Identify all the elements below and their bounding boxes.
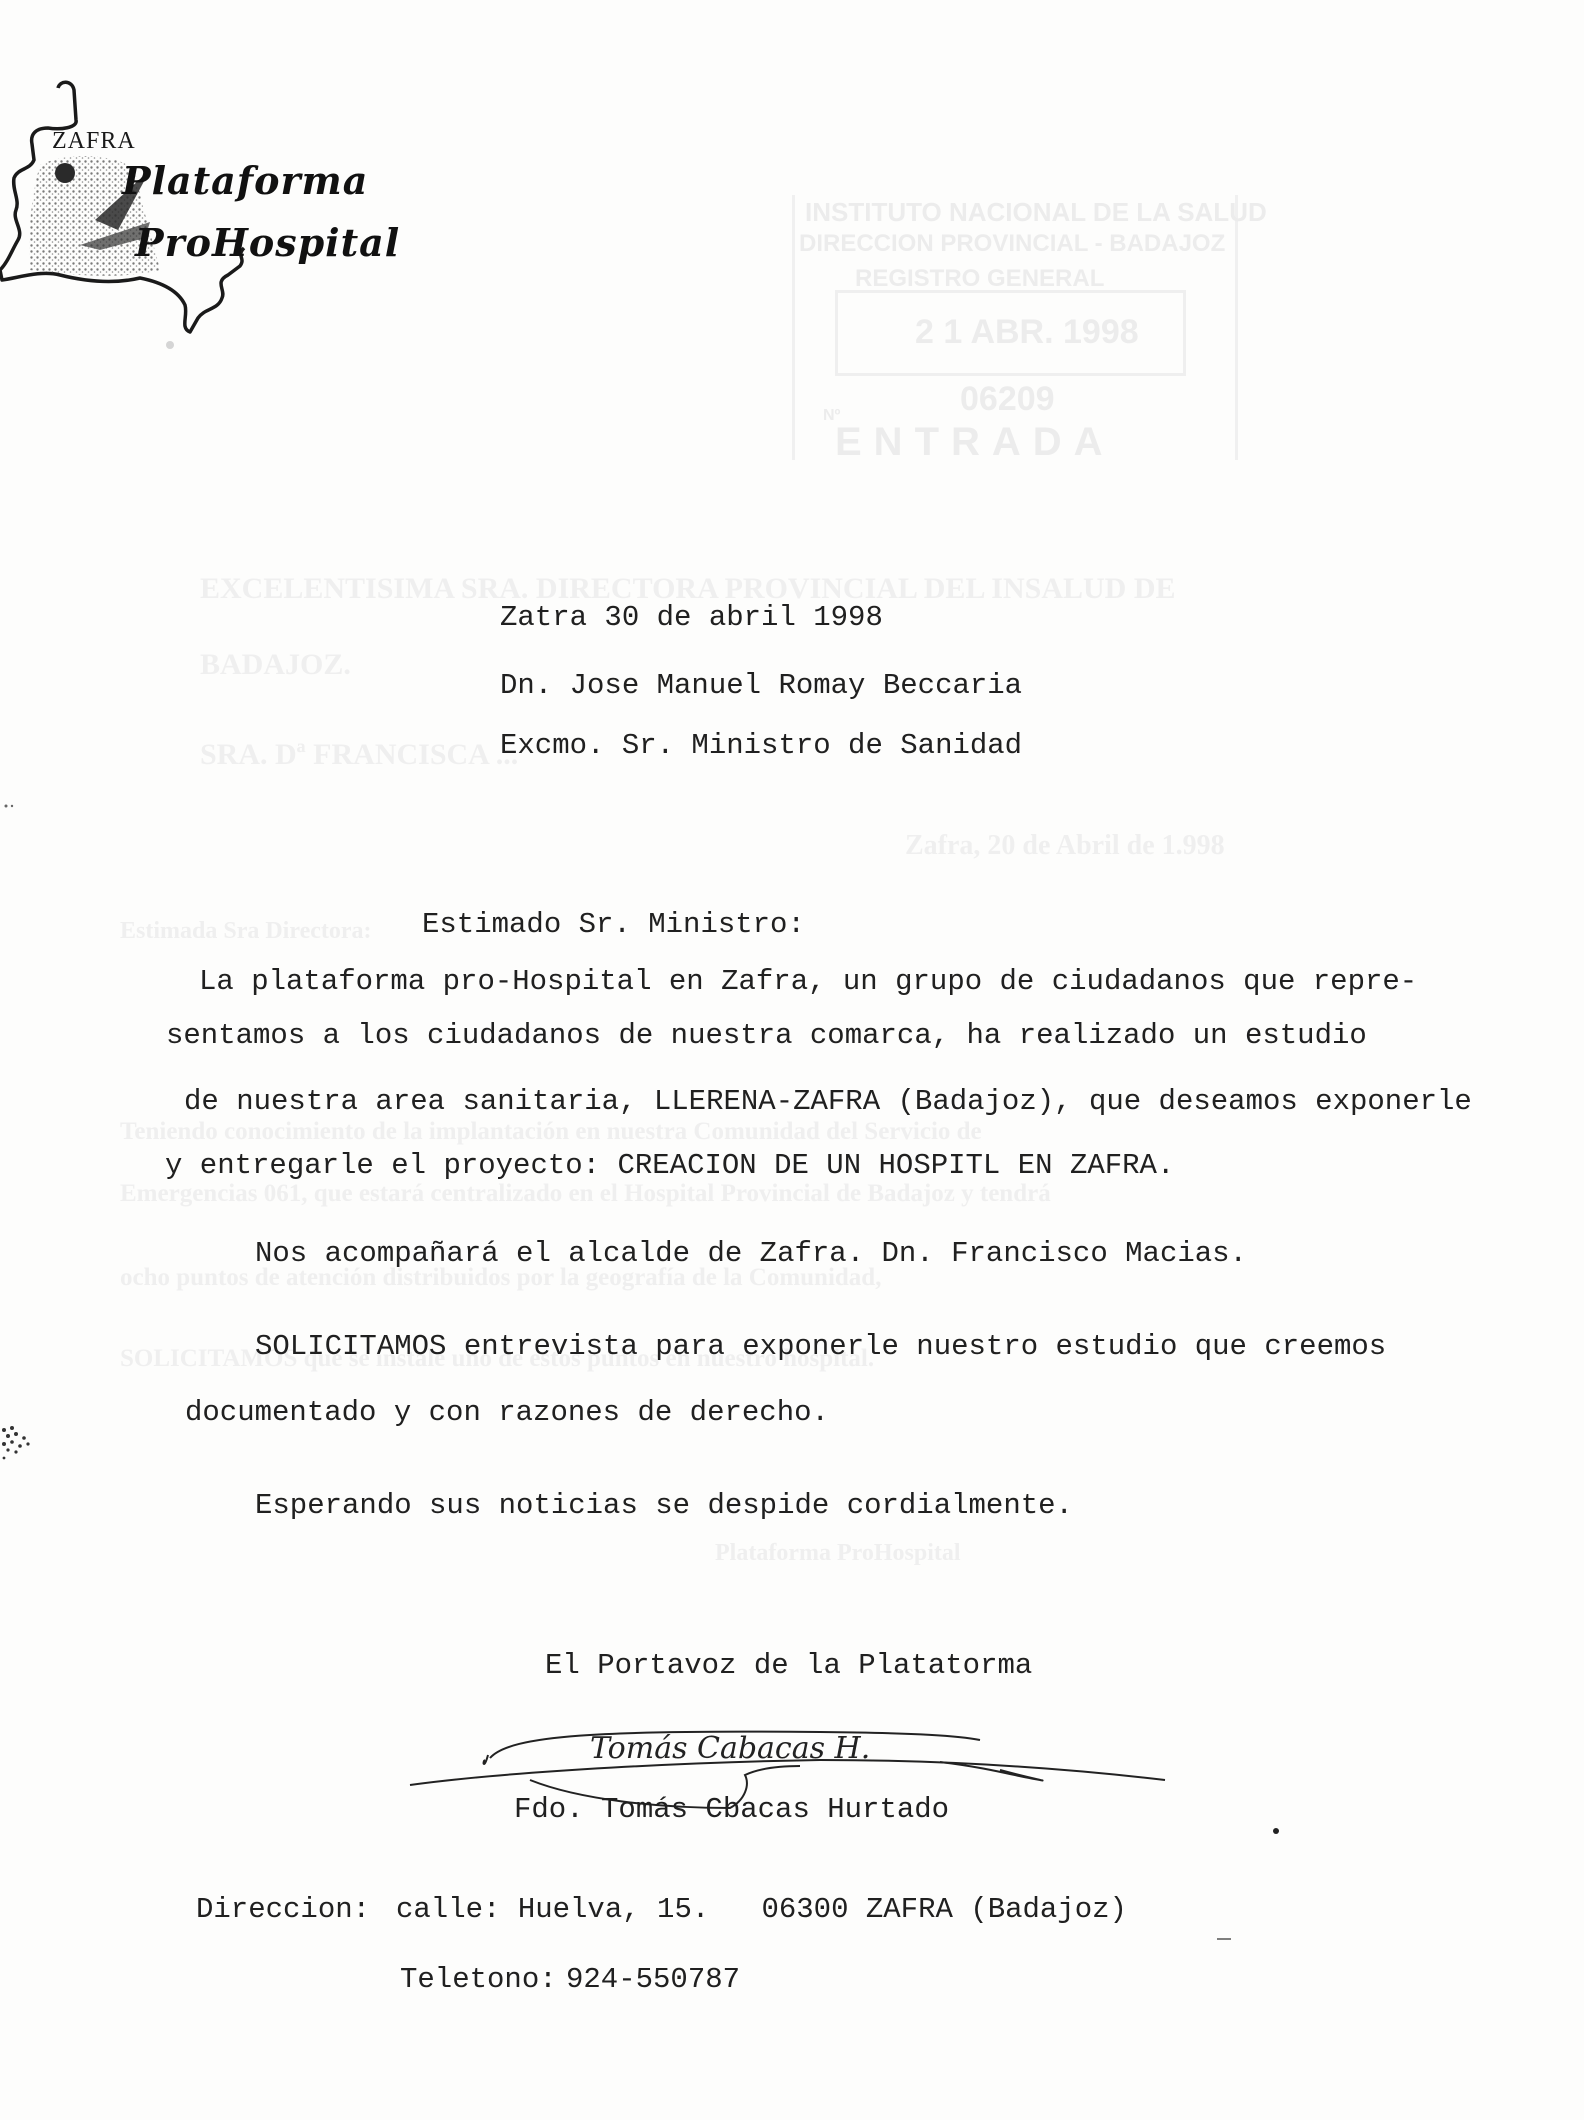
bleed-through-body1: Teniendo conocimiento de la implantación… bbox=[120, 1118, 982, 1146]
stamp-line3: REGISTRO GENERAL bbox=[855, 265, 1104, 293]
address-label: Direccion: bbox=[196, 1894, 370, 1926]
bleed-through-sign: Plataforma ProHospital bbox=[715, 1540, 961, 1567]
scan-artifact-dash bbox=[1215, 1935, 1235, 1943]
bleed-through-line3: SRA. Dª FRANCISCA ... bbox=[200, 738, 518, 772]
stamp-line1: INSTITUTO NACIONAL DE LA SALUD bbox=[805, 197, 1267, 228]
registry-stamp: INSTITUTO NACIONAL DE LA SALUD DIRECCION… bbox=[792, 195, 1238, 460]
paragraph1-line3: de nuestra area sanitaria, LLERENA-ZAFRA… bbox=[184, 1086, 1472, 1118]
bleed-through-body2: Emergencias 061, que estará centralizado… bbox=[120, 1180, 1051, 1208]
letter-closing: Esperando sus noticias se despide cordia… bbox=[255, 1490, 1073, 1522]
paragraph1-line2: sentamos a los ciudadanos de nuestra com… bbox=[166, 1020, 1367, 1052]
address-value: calle: Huelva, 15. 06300 ZAFRA (Badajoz) bbox=[396, 1894, 1127, 1926]
stamp-date: 2 1 ABR. 1998 bbox=[915, 313, 1139, 352]
paragraph3-line1: SOLICITAMOS entrevista para exponerle nu… bbox=[255, 1331, 1386, 1363]
signed-by: Fdo. Tomás Cbacas Hurtado bbox=[514, 1794, 949, 1826]
letterhead-logo: ZAFRA Plataforma ProHospital bbox=[0, 70, 420, 370]
stamp-entry: ENTRADA bbox=[835, 420, 1115, 465]
stamp-number: 06209 bbox=[960, 380, 1055, 419]
logo-title-line1: Plataforma bbox=[122, 158, 368, 203]
paragraph2: Nos acompañará el alcalde de Zafra. Dn. … bbox=[255, 1238, 1247, 1270]
logo-title-line2: ProHospital bbox=[135, 220, 400, 265]
logo-town-name: ZAFRA bbox=[52, 128, 136, 155]
paragraph1-line4: y entregarle el proyecto: CREACION DE UN… bbox=[165, 1150, 1174, 1182]
stamp-line2: DIRECCION PROVINCIAL - BADAJOZ bbox=[799, 230, 1225, 258]
signature-scribble: Tomás Cabacas H. bbox=[590, 1731, 870, 1766]
phone-label: Teletono: bbox=[400, 1964, 557, 1996]
letter-addressee: Dn. Jose Manuel Romay Beccaria bbox=[500, 670, 1022, 702]
letter-salutation: Estimado Sr. Ministro: bbox=[422, 909, 805, 941]
letter-date: Zatra 30 de abril 1998 bbox=[500, 602, 883, 634]
paragraph1-line1: La plataforma pro-Hospital en Zafra, un … bbox=[199, 966, 1417, 998]
scan-artifact-dot bbox=[1270, 1825, 1282, 1837]
scan-artifact-mark bbox=[0, 800, 20, 812]
bleed-through-salutation: Estimada Sra Directora: bbox=[120, 918, 372, 945]
bleed-through-line2: BADAJOZ. bbox=[200, 648, 351, 682]
letter-addressee-title: Excmo. Sr. Ministro de Sanidad bbox=[500, 730, 1022, 762]
phone-value: 924-550787 bbox=[566, 1964, 740, 1996]
scan-artifact-dots bbox=[0, 1420, 40, 1480]
paragraph3-line2: documentado y con razones de derecho. bbox=[185, 1397, 829, 1429]
bleed-through-date: Zafra, 20 de Abril de 1.998 bbox=[905, 830, 1225, 862]
signature-role: El Portavoz de la Platatorma bbox=[545, 1650, 1032, 1682]
